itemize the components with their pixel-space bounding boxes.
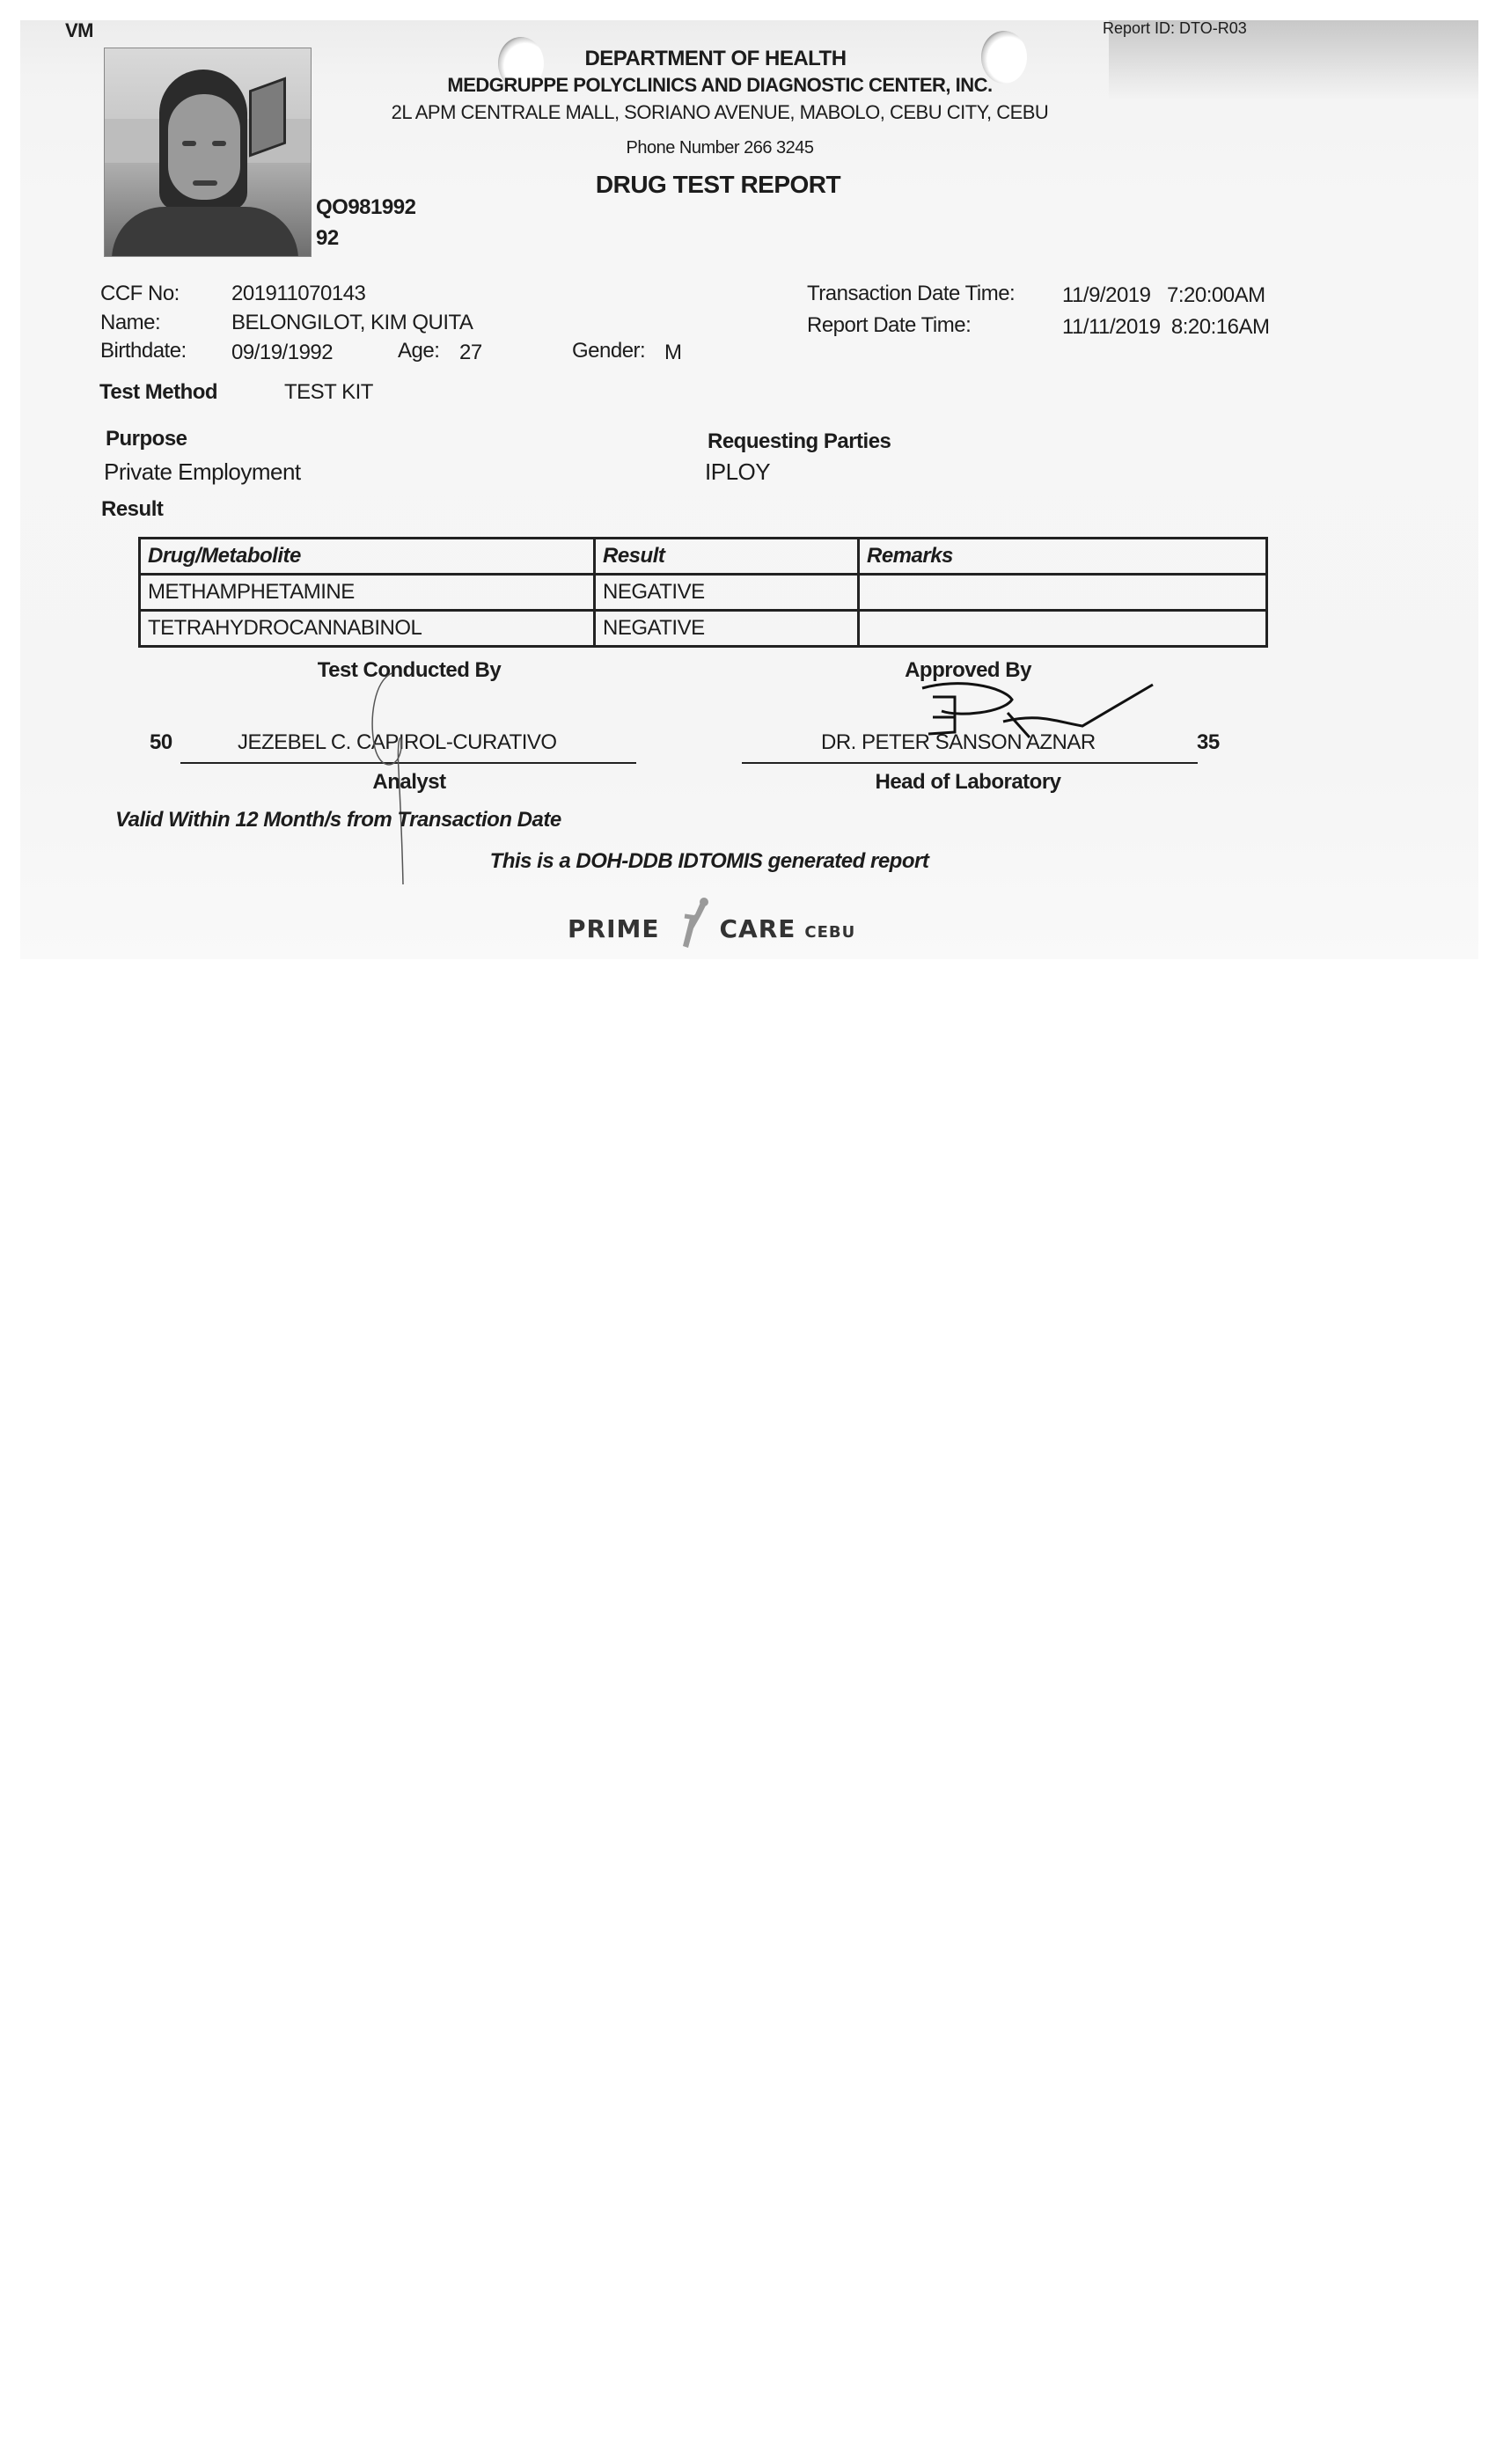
results-table: Drug/Metabolite Result Remarks METHAMPHE… bbox=[138, 537, 1268, 648]
transaction-date-label: Transaction Date Time: bbox=[807, 282, 1015, 306]
logo-cebu-text: CEBU bbox=[804, 923, 855, 942]
result-cell: NEGATIVE bbox=[595, 575, 859, 611]
prime-care-logo: PRIME CARE CEBU bbox=[568, 884, 855, 943]
report-date-value: 11/11/2019 8:20:16AM bbox=[1062, 315, 1269, 340]
remarks-cell bbox=[859, 611, 1267, 647]
requesting-parties-label: Requesting Parties bbox=[708, 429, 891, 454]
head-role: Head of Laboratory bbox=[875, 770, 1060, 795]
drug-cell: METHAMPHETAMINE bbox=[140, 575, 595, 611]
photo-id-line1: QO981992 bbox=[316, 195, 415, 220]
age-value: 27 bbox=[459, 341, 482, 365]
birthdate-value: 09/19/1992 bbox=[231, 341, 333, 365]
table-header-row: Drug/Metabolite Result Remarks bbox=[140, 539, 1267, 575]
ccf-value: 201911070143 bbox=[231, 282, 365, 306]
patient-photo bbox=[104, 48, 312, 257]
name-label: Name: bbox=[100, 311, 160, 335]
analyst-signature-icon bbox=[348, 656, 427, 889]
clinic-name: MEDGRUPPE POLYCLINICS AND DIAGNOSTIC CEN… bbox=[447, 74, 992, 97]
column-header-result: Result bbox=[595, 539, 859, 575]
report-id: Report ID: DTO-R03 bbox=[1103, 19, 1247, 38]
purpose-label: Purpose bbox=[106, 427, 187, 451]
test-method-value: TEST KIT bbox=[284, 380, 373, 405]
result-cell: NEGATIVE bbox=[595, 611, 859, 647]
remarks-cell bbox=[859, 575, 1267, 611]
purpose-value: Private Employment bbox=[104, 458, 301, 486]
table-row: METHAMPHETAMINE NEGATIVE bbox=[140, 575, 1267, 611]
report-date-label: Report Date Time: bbox=[807, 313, 971, 338]
generated-note: This is a DOH-DDB IDTOMIS generated repo… bbox=[490, 849, 929, 874]
drug-cell: TETRAHYDROCANNABINOL bbox=[140, 611, 595, 647]
analyst-number: 50 bbox=[150, 730, 172, 755]
column-header-remarks: Remarks bbox=[859, 539, 1267, 575]
head-signature-icon bbox=[906, 678, 1162, 757]
table-row: TETRAHYDROCANNABINOL NEGATIVE bbox=[140, 611, 1267, 647]
ccf-label: CCF No: bbox=[100, 282, 180, 306]
logo-care-text: CARE bbox=[720, 914, 796, 943]
corner-code: VM bbox=[65, 19, 93, 42]
department-name: DEPARTMENT OF HEALTH bbox=[584, 47, 846, 71]
clinic-phone: Phone Number 266 3245 bbox=[627, 138, 814, 158]
validity-note: Valid Within 12 Month/s from Transaction… bbox=[115, 808, 561, 832]
age-label: Age: bbox=[398, 339, 439, 363]
photo-id-line2: 92 bbox=[316, 226, 339, 251]
logo-prime-text: PRIME bbox=[568, 914, 660, 943]
test-method-label: Test Method bbox=[99, 380, 217, 405]
transaction-date-value: 11/9/2019 7:20:00AM bbox=[1062, 283, 1265, 308]
requesting-parties-value: IPLOY bbox=[705, 458, 770, 486]
head-signature-line bbox=[742, 762, 1198, 764]
gender-value: M bbox=[664, 341, 682, 365]
clinic-address: 2L APM CENTRALE MALL, SORIANO AVENUE, MA… bbox=[392, 101, 1049, 124]
head-number: 35 bbox=[1197, 730, 1220, 755]
name-value: BELONGILOT, KIM QUITA bbox=[231, 311, 473, 335]
birthdate-label: Birthdate: bbox=[100, 339, 187, 363]
column-header-drug: Drug/Metabolite bbox=[140, 539, 595, 575]
person-star-icon bbox=[664, 897, 716, 950]
page-title: DRUG TEST REPORT bbox=[596, 171, 840, 199]
result-label: Result bbox=[101, 497, 163, 522]
gender-label: Gender: bbox=[572, 339, 645, 363]
